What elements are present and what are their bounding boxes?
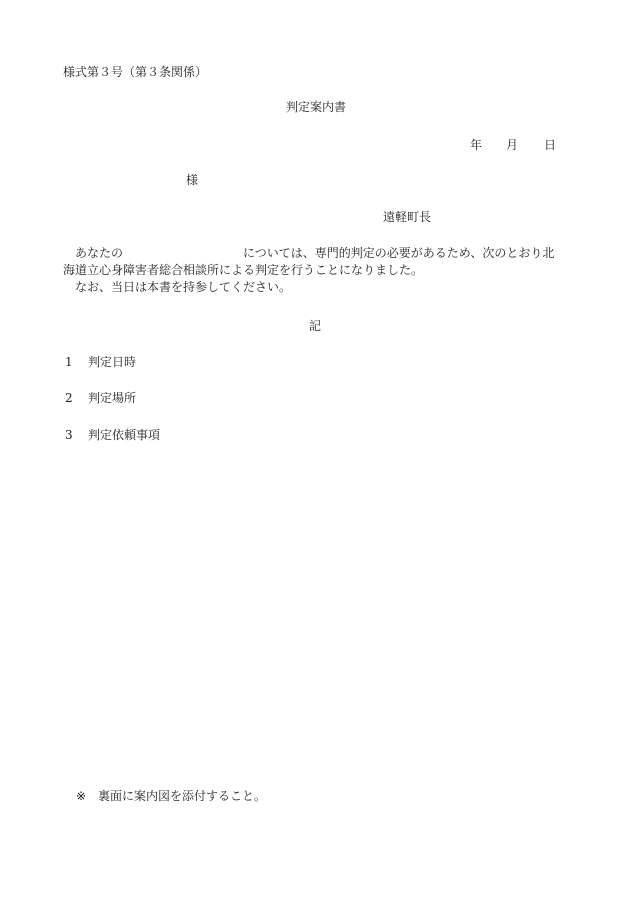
footnote: ※裏面に案内図を添付すること。 bbox=[76, 788, 266, 804]
document-title: 判定案内書 bbox=[286, 99, 346, 115]
item-number: 1 bbox=[65, 354, 88, 370]
item-number: 3 bbox=[65, 427, 88, 443]
reference-mark-icon: ※ bbox=[76, 788, 98, 804]
date-day-label: 日 bbox=[544, 137, 556, 153]
date-line: 年月日 bbox=[470, 137, 556, 153]
item-label: 判定依頼事項 bbox=[88, 428, 160, 442]
addressee-suffix: 様 bbox=[186, 172, 198, 188]
item-label: 判定日時 bbox=[88, 355, 136, 369]
item-label: 判定場所 bbox=[88, 391, 136, 405]
body-line-1-suffix: については、専門的判定の必要があるため、次のとおり北 bbox=[243, 246, 554, 260]
item-number: 2 bbox=[65, 390, 88, 406]
form-number: 様式第３号（第３条関係） bbox=[63, 64, 207, 80]
body-line-1-prefix: あなたの bbox=[75, 246, 123, 260]
item-judgment-datetime: 1判定日時 bbox=[65, 354, 136, 370]
body-text: あなたのについては、専門的判定の必要があるため、次のとおり北 海道立心身障害者総… bbox=[63, 245, 573, 296]
body-line-3: なお、当日は本書を持参してください。 bbox=[63, 279, 573, 296]
item-judgment-request: 3判定依頼事項 bbox=[65, 427, 160, 443]
ki-heading: 記 bbox=[309, 318, 321, 334]
body-line-2: 海道立心身障害者総合相談所による判定を行うことになりました。 bbox=[63, 262, 573, 279]
item-judgment-place: 2判定場所 bbox=[65, 390, 136, 406]
body-line-3-text: なお、当日は本書を持参してください。 bbox=[75, 280, 291, 294]
body-line-1: あなたのについては、専門的判定の必要があるため、次のとおり北 bbox=[63, 245, 573, 262]
date-year-label: 年 bbox=[470, 137, 506, 153]
date-month-label: 月 bbox=[506, 137, 544, 153]
sender: 遠軽町長 bbox=[383, 209, 431, 225]
footnote-text: 裏面に案内図を添付すること。 bbox=[98, 789, 266, 803]
